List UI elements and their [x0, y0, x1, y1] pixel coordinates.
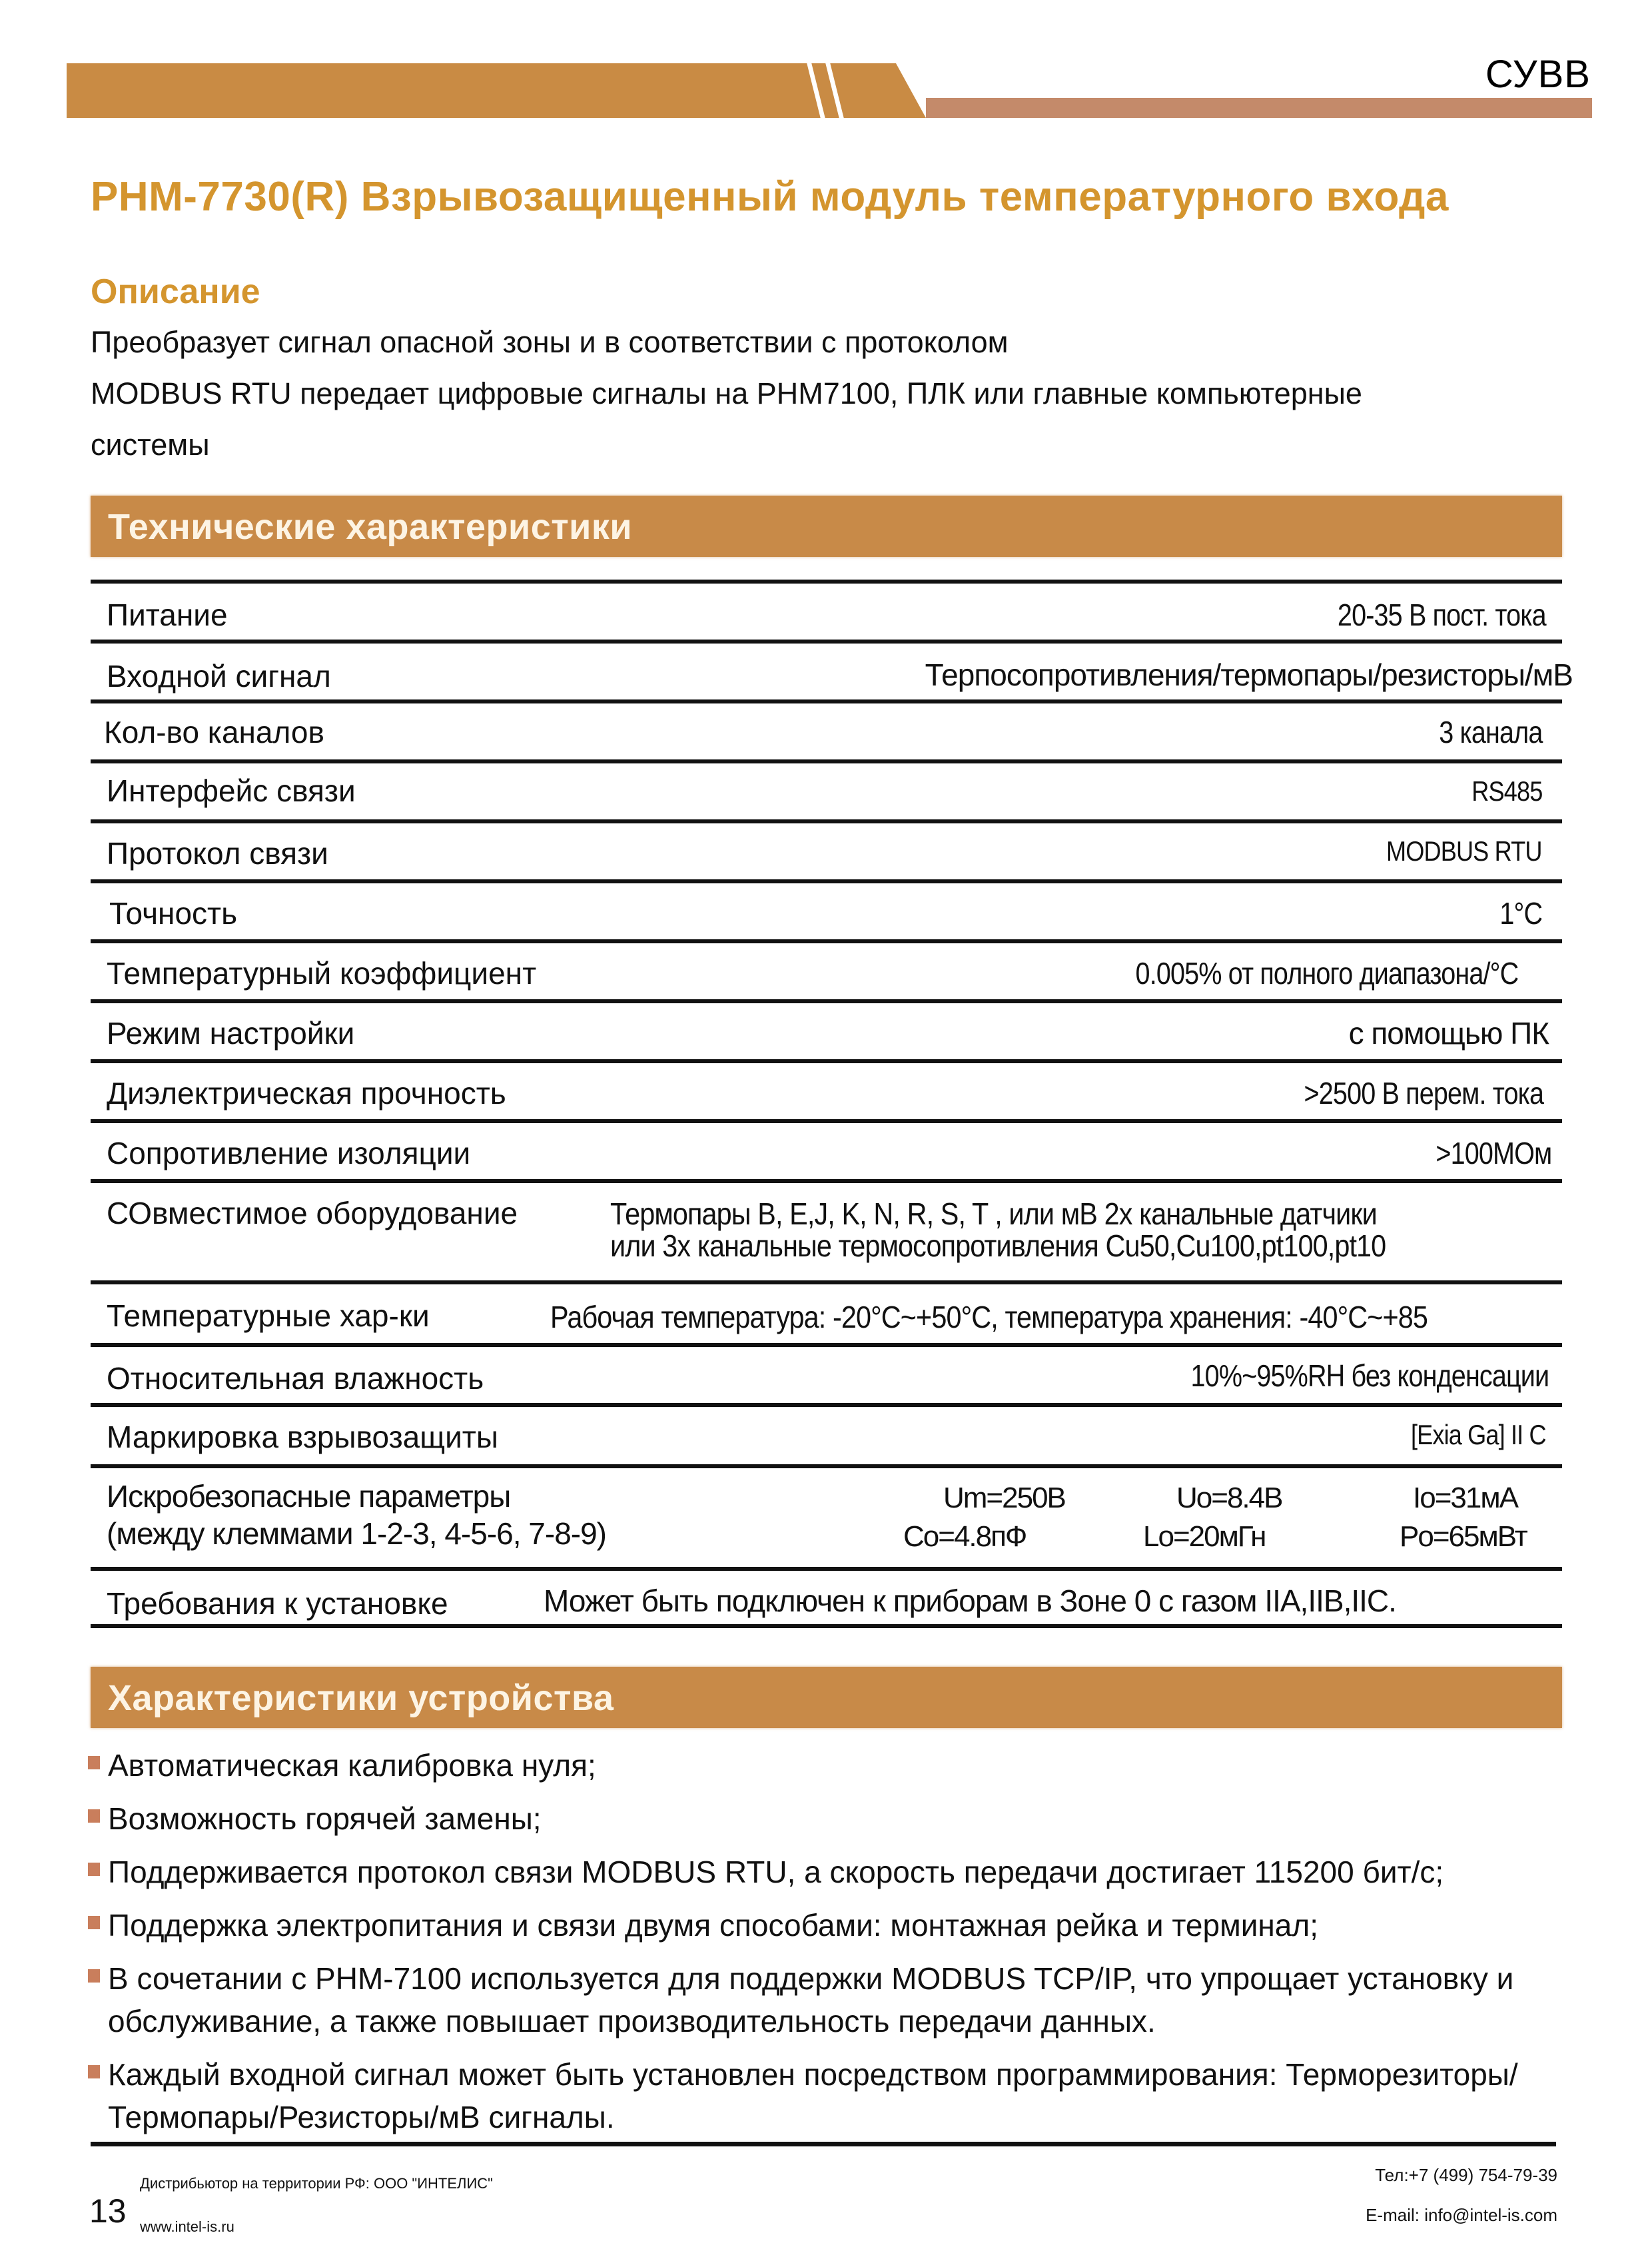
- feature-text: Поддержка электропитания и связи двумя с…: [108, 1908, 1318, 1943]
- spec-value: Рабочая температура: -20°C~+50°C, темпер…: [550, 1299, 1428, 1335]
- spec-value: 1°C: [1499, 895, 1542, 931]
- description-line: MODBUS RTU передает цифровые сигналы на …: [91, 368, 1556, 419]
- description-line: системы: [91, 419, 1556, 470]
- spec-label-line: (между клеммами 1-2-3, 4-5-6, 7-8-9): [107, 1515, 606, 1552]
- bullet-square-icon: [88, 1969, 100, 1983]
- ip-param: Io=31мА: [1413, 1482, 1517, 1515]
- spec-label: Интерфейс связи: [107, 773, 356, 809]
- feature-text: В сочетании с PHM-7100 используется для …: [108, 1961, 1513, 2038]
- specs-table: Питание 20-35 В пост. тока Входной сигна…: [91, 580, 1562, 1628]
- feature-text: Каждый входной сигнал может быть установ…: [108, 2057, 1518, 2134]
- features-heading: Характеристики устройства: [108, 1677, 614, 1719]
- spec-label: Маркировка взрывозащиты: [107, 1419, 498, 1455]
- spec-value: 20-35 В пост. тока: [1338, 597, 1546, 633]
- features-section-bar: Характеристики устройства: [91, 1667, 1562, 1728]
- description-heading: Описание: [91, 272, 260, 312]
- description-line: Преобразует сигнал опасной зоны и в соот…: [91, 316, 1556, 368]
- spec-value: 3 канала: [1439, 714, 1542, 750]
- table-row: Температурный коэффициент 0.005% от полн…: [91, 939, 1562, 999]
- page-number: 13: [89, 2192, 127, 2230]
- feature-text: Поддерживается протокол связи MODBUS RTU…: [108, 1855, 1444, 1889]
- table-row: СОвместимое оборудование Термопары B, E,…: [91, 1179, 1562, 1280]
- bullet-square-icon: [88, 1916, 100, 1929]
- spec-label: Диэлектрическая прочность: [107, 1075, 506, 1111]
- feature-text: Автоматическая калибровка нуля;: [108, 1748, 596, 1783]
- spec-value: RS485: [1471, 775, 1542, 807]
- header-band: [67, 63, 926, 118]
- table-row: Питание 20-35 В пост. тока: [91, 580, 1562, 640]
- spec-value: [Exia Ga] II C: [1411, 1419, 1546, 1451]
- phone-text: Тел:+7 (499) 754-79-39: [1375, 2165, 1557, 2186]
- ip-param: Co=4.8пФ: [903, 1520, 1026, 1554]
- spec-value: >2500 В перем. тока: [1304, 1075, 1543, 1111]
- spec-label-line: Искробезопасные параметры: [107, 1478, 606, 1515]
- spec-label: Питание: [107, 597, 228, 633]
- spec-label: Искробезопасные параметры (между клеммам…: [107, 1478, 606, 1552]
- spec-label: Температурные хар-ки: [107, 1298, 430, 1334]
- specs-section-bar: Технические характеристики: [91, 496, 1562, 557]
- ip-param: Lo=20мГн: [1143, 1520, 1265, 1554]
- table-row: Температурные хар-ки Рабочая температура…: [91, 1280, 1562, 1343]
- spec-value-line: Термопары B, E,J, K, N, R, S, T , или мВ…: [610, 1198, 1386, 1230]
- table-row: Кол-во каналов 3 канала: [91, 699, 1562, 759]
- spec-label: Входной сигнал: [107, 658, 331, 694]
- distributor-text: Дистрибьютор на территории РФ: ООО "ИНТЕ…: [140, 2175, 493, 2192]
- table-row: Сопротивление изоляции >100МОм: [91, 1119, 1562, 1179]
- spec-label: Кол-во каналов: [104, 714, 324, 750]
- page-title: PHM-7730(R) Взрывозащищенный модуль темп…: [91, 173, 1449, 221]
- table-row: Диэлектрическая прочность >2500 В перем.…: [91, 1059, 1562, 1119]
- list-item: Поддержка электропитания и связи двумя с…: [91, 1904, 1583, 1947]
- website-link[interactable]: www.intel-is.ru: [140, 2218, 234, 2236]
- table-row: Требования к установке Может быть подклю…: [91, 1567, 1562, 1628]
- ip-param: Uo=8.4B: [1176, 1482, 1282, 1515]
- table-row: Интерфейс связи RS485: [91, 759, 1562, 819]
- table-row: Протокол связи MODBUS RTU: [91, 819, 1562, 879]
- features-list: Автоматическая калибровка нуля; Возможно…: [91, 1744, 1583, 2149]
- email-link[interactable]: E-mail: info@intel-is.com: [1366, 2205, 1557, 2226]
- spec-value: 0.005% от полного диапазона/°C: [1135, 955, 1518, 991]
- table-row: Маркировка взрывозащиты [Exia Ga] II C: [91, 1403, 1562, 1464]
- spec-label: Протокол связи: [107, 835, 328, 871]
- spec-value: Термопары B, E,J, K, N, R, S, T , или мВ…: [610, 1198, 1386, 1262]
- feature-text: Возможность горячей замены;: [108, 1801, 542, 1836]
- table-row: Входной сигнал Терпосопротивления/термоп…: [91, 640, 1562, 699]
- description-text: Преобразует сигнал опасной зоны и в соот…: [91, 316, 1556, 470]
- spec-label: Режим настройки: [107, 1015, 354, 1051]
- list-item: Возможность горячей замены;: [91, 1797, 1583, 1840]
- spec-value: Терпосопротивления/термопары/резисторы/м…: [925, 657, 1573, 693]
- spec-value-line: или 3х канальные термосопротивления Cu50…: [610, 1230, 1386, 1262]
- spec-label: Требования к установке: [107, 1585, 448, 1621]
- spec-value: Может быть подключен к приборам в Зоне 0…: [544, 1583, 1396, 1619]
- table-row: Относительная влажность 10%~95%RH без ко…: [91, 1343, 1562, 1403]
- bullet-square-icon: [88, 2065, 100, 2078]
- spec-value: MODBUS RTU: [1386, 835, 1542, 867]
- ip-param: Um=250B: [943, 1482, 1065, 1515]
- table-row: Режим настройки с помощью ПК: [91, 999, 1562, 1059]
- footer-divider: [91, 2142, 1556, 2146]
- table-row: Точность 1°C: [91, 879, 1562, 939]
- specs-heading: Технические характеристики: [108, 506, 632, 548]
- spec-value: >100МОм: [1436, 1135, 1551, 1171]
- list-item: В сочетании с PHM-7100 используется для …: [91, 1957, 1583, 2042]
- spec-label: Температурный коэффициент: [107, 955, 536, 991]
- header-line: [926, 98, 1592, 118]
- spec-value: 10%~95%RH без конденсации: [1190, 1358, 1549, 1394]
- spec-label: Сопротивление изоляции: [107, 1135, 470, 1171]
- brand-label: СУВВ: [1485, 52, 1591, 97]
- spec-value: с помощью ПК: [1349, 1015, 1549, 1051]
- spec-label: СОвместимое оборудование: [107, 1195, 518, 1231]
- list-item: Автоматическая калибровка нуля;: [91, 1744, 1583, 1787]
- list-item: Каждый входной сигнал может быть установ…: [91, 2053, 1583, 2138]
- spec-label: Относительная влажность: [107, 1360, 484, 1396]
- spec-label: Точность: [109, 895, 237, 931]
- bullet-square-icon: [88, 1809, 100, 1823]
- table-row: Искробезопасные параметры (между клеммам…: [91, 1464, 1562, 1567]
- bullet-square-icon: [88, 1863, 100, 1876]
- bullet-square-icon: [88, 1756, 100, 1769]
- list-item: Поддерживается протокол связи MODBUS RTU…: [91, 1851, 1583, 1893]
- ip-param: Po=65мВт: [1400, 1520, 1527, 1554]
